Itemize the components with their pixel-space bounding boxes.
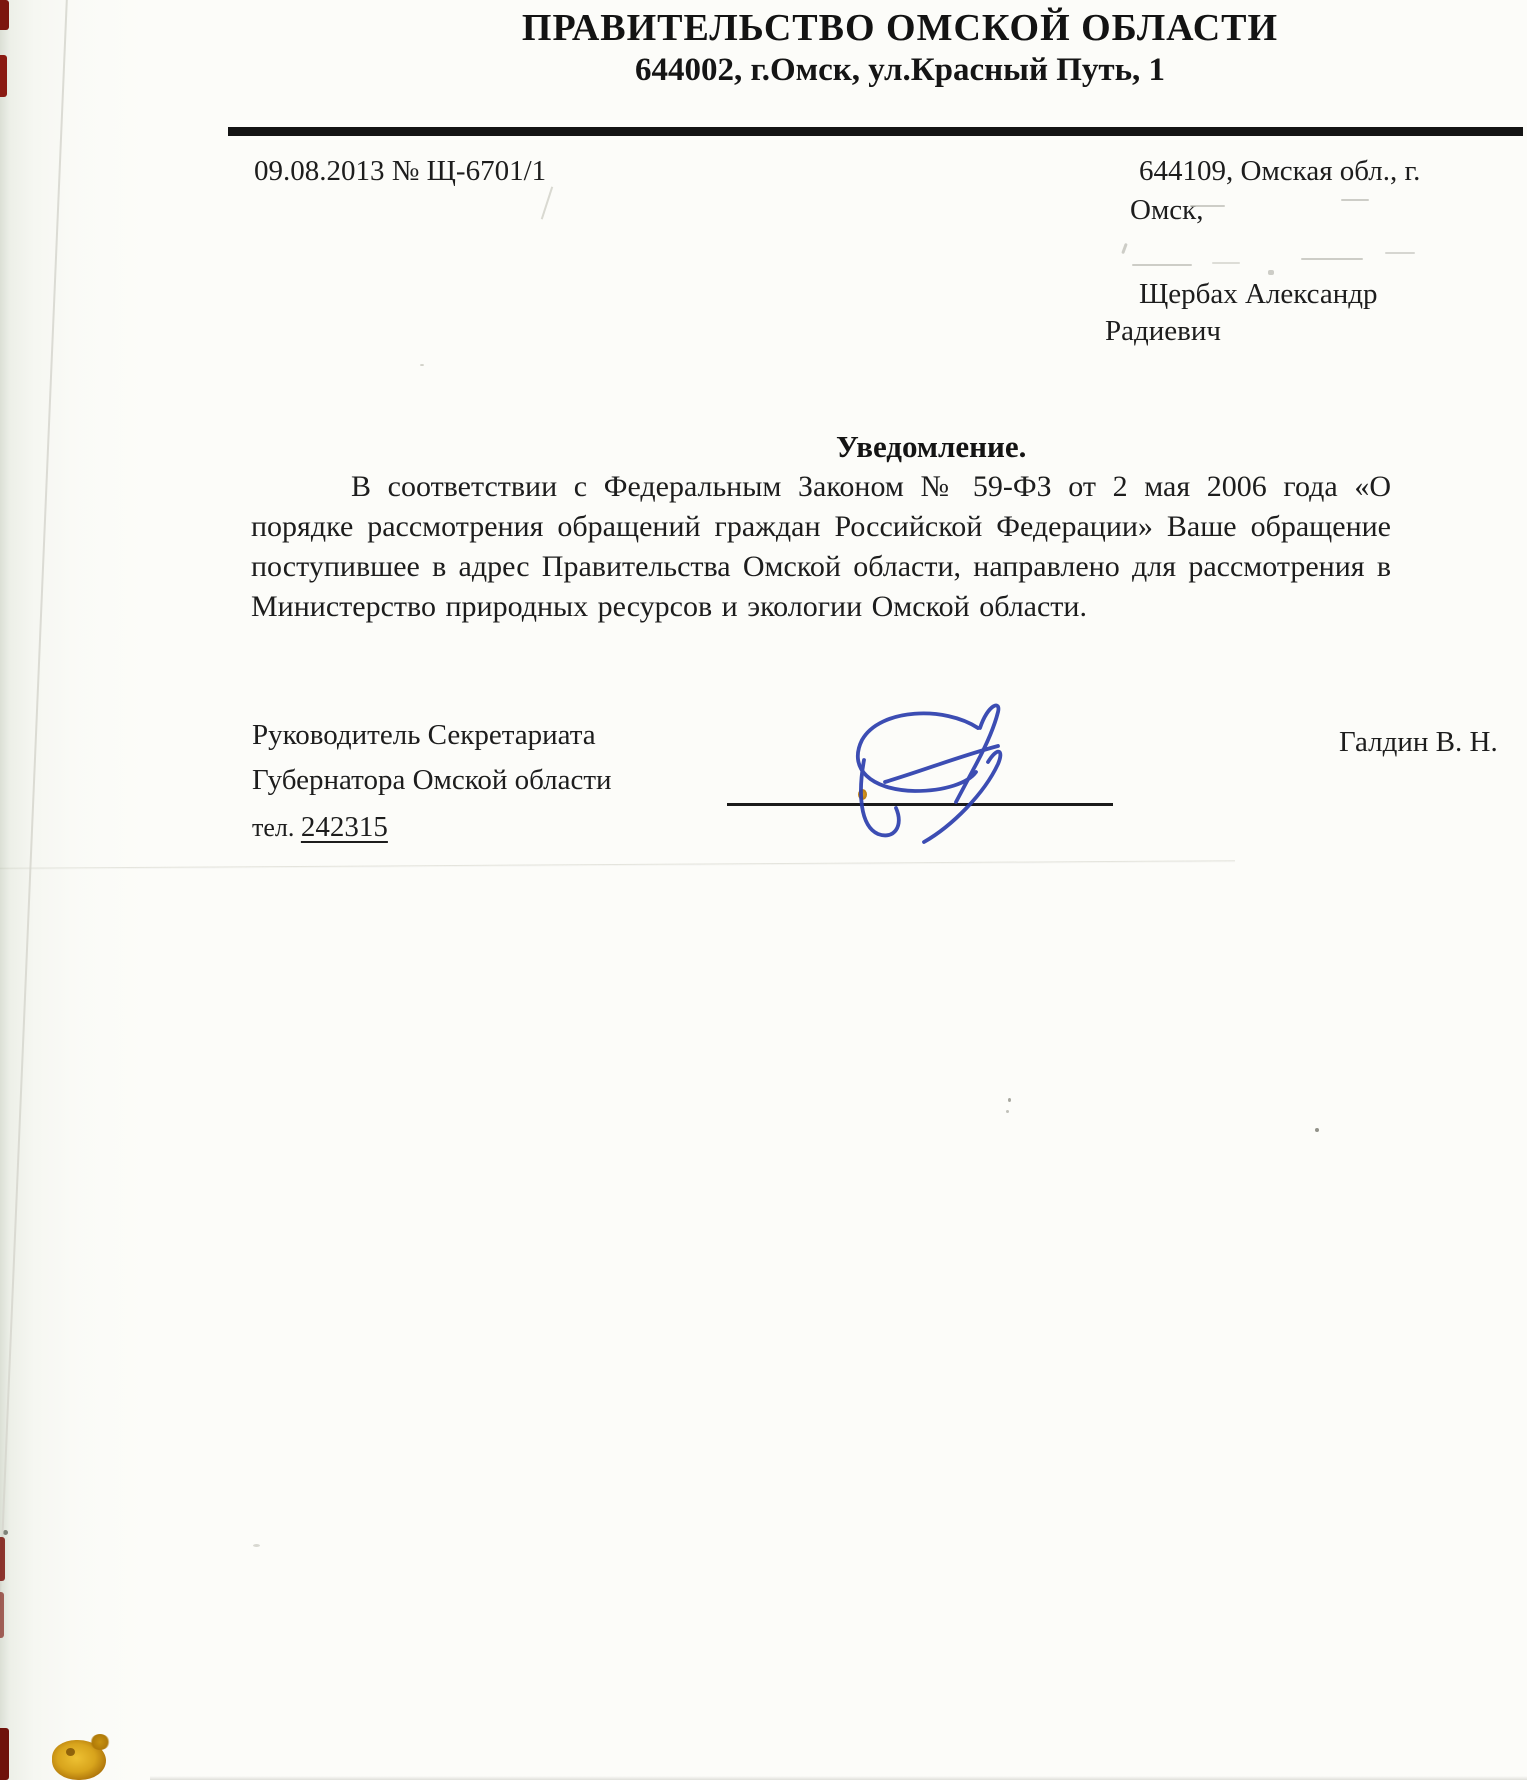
scan-speck xyxy=(3,1530,8,1535)
erased-text-trace xyxy=(1190,205,1225,207)
yellow-stain xyxy=(52,1740,106,1780)
scan-edge-red-mark xyxy=(0,0,9,30)
phone-label: тел. xyxy=(252,813,294,842)
erased-text-trace xyxy=(1301,258,1363,260)
scan-speck xyxy=(253,1544,260,1547)
notice-title: Уведомление. xyxy=(836,429,1026,465)
notice-body-paragraph: В соответствии с Федеральным Законом № 5… xyxy=(251,467,1391,627)
recipient-name-line1: Щербах Александр xyxy=(1139,278,1378,311)
recipient-address-line1: 644109, Омская обл., г. xyxy=(1139,155,1420,188)
scan-page-edge-line xyxy=(0,0,68,1780)
scan-speck xyxy=(1315,1128,1319,1132)
signature-stroke xyxy=(861,760,899,835)
scan-left-edge-shadow xyxy=(0,0,150,1780)
erased-text-trace xyxy=(1385,252,1415,254)
letterhead-org-name: ПРАВИТЕЛЬСТВО ОМСКОЙ ОБЛАСТИ xyxy=(240,6,1527,50)
paper-crease-line xyxy=(0,860,1235,869)
scan-edge-red-mark xyxy=(0,55,7,97)
erased-text-trace xyxy=(1121,243,1128,254)
recipient-name-line2: Радиевич xyxy=(1105,315,1221,348)
signer-name: Галдин В. Н. xyxy=(1339,726,1498,759)
erased-text-trace xyxy=(1212,262,1240,264)
recipient-address-line2: Омск, xyxy=(1130,194,1204,227)
handwritten-signature xyxy=(840,698,1008,846)
signature-stroke xyxy=(885,746,998,782)
signer-position-line2: Губернатора Омской области xyxy=(252,764,612,797)
scan-edge-red-mark xyxy=(0,1537,5,1581)
scan-bottom-edge-shadow xyxy=(150,1776,1527,1780)
signer-position-line1: Руководитель Секретариата xyxy=(252,719,596,752)
letterhead-rule xyxy=(228,127,1523,136)
scan-speck xyxy=(420,364,424,366)
letterhead-org-address: 644002, г.Омск, ул.Красный Путь, 1 xyxy=(240,52,1527,89)
erased-text-trace xyxy=(1132,264,1192,266)
erased-text-trace xyxy=(1341,199,1369,201)
phone-line: тел. 242315 xyxy=(252,811,388,844)
scan-edge-red-mark xyxy=(0,1728,9,1780)
phone-number: 242315 xyxy=(301,811,388,843)
signature-stroke xyxy=(858,713,978,791)
scan-scratch-mark xyxy=(541,187,553,220)
scan-edge-red-mark xyxy=(0,1592,4,1638)
scanned-letter-page: ПРАВИТЕЛЬСТВО ОМСКОЙ ОБЛАСТИ 644002, г.О… xyxy=(0,0,1527,1780)
reference-date-number: 09.08.2013 № Щ-6701/1 xyxy=(254,155,546,188)
scan-speck xyxy=(1008,1098,1011,1102)
erased-text-trace xyxy=(1268,270,1274,275)
scan-speck xyxy=(1006,1110,1009,1113)
